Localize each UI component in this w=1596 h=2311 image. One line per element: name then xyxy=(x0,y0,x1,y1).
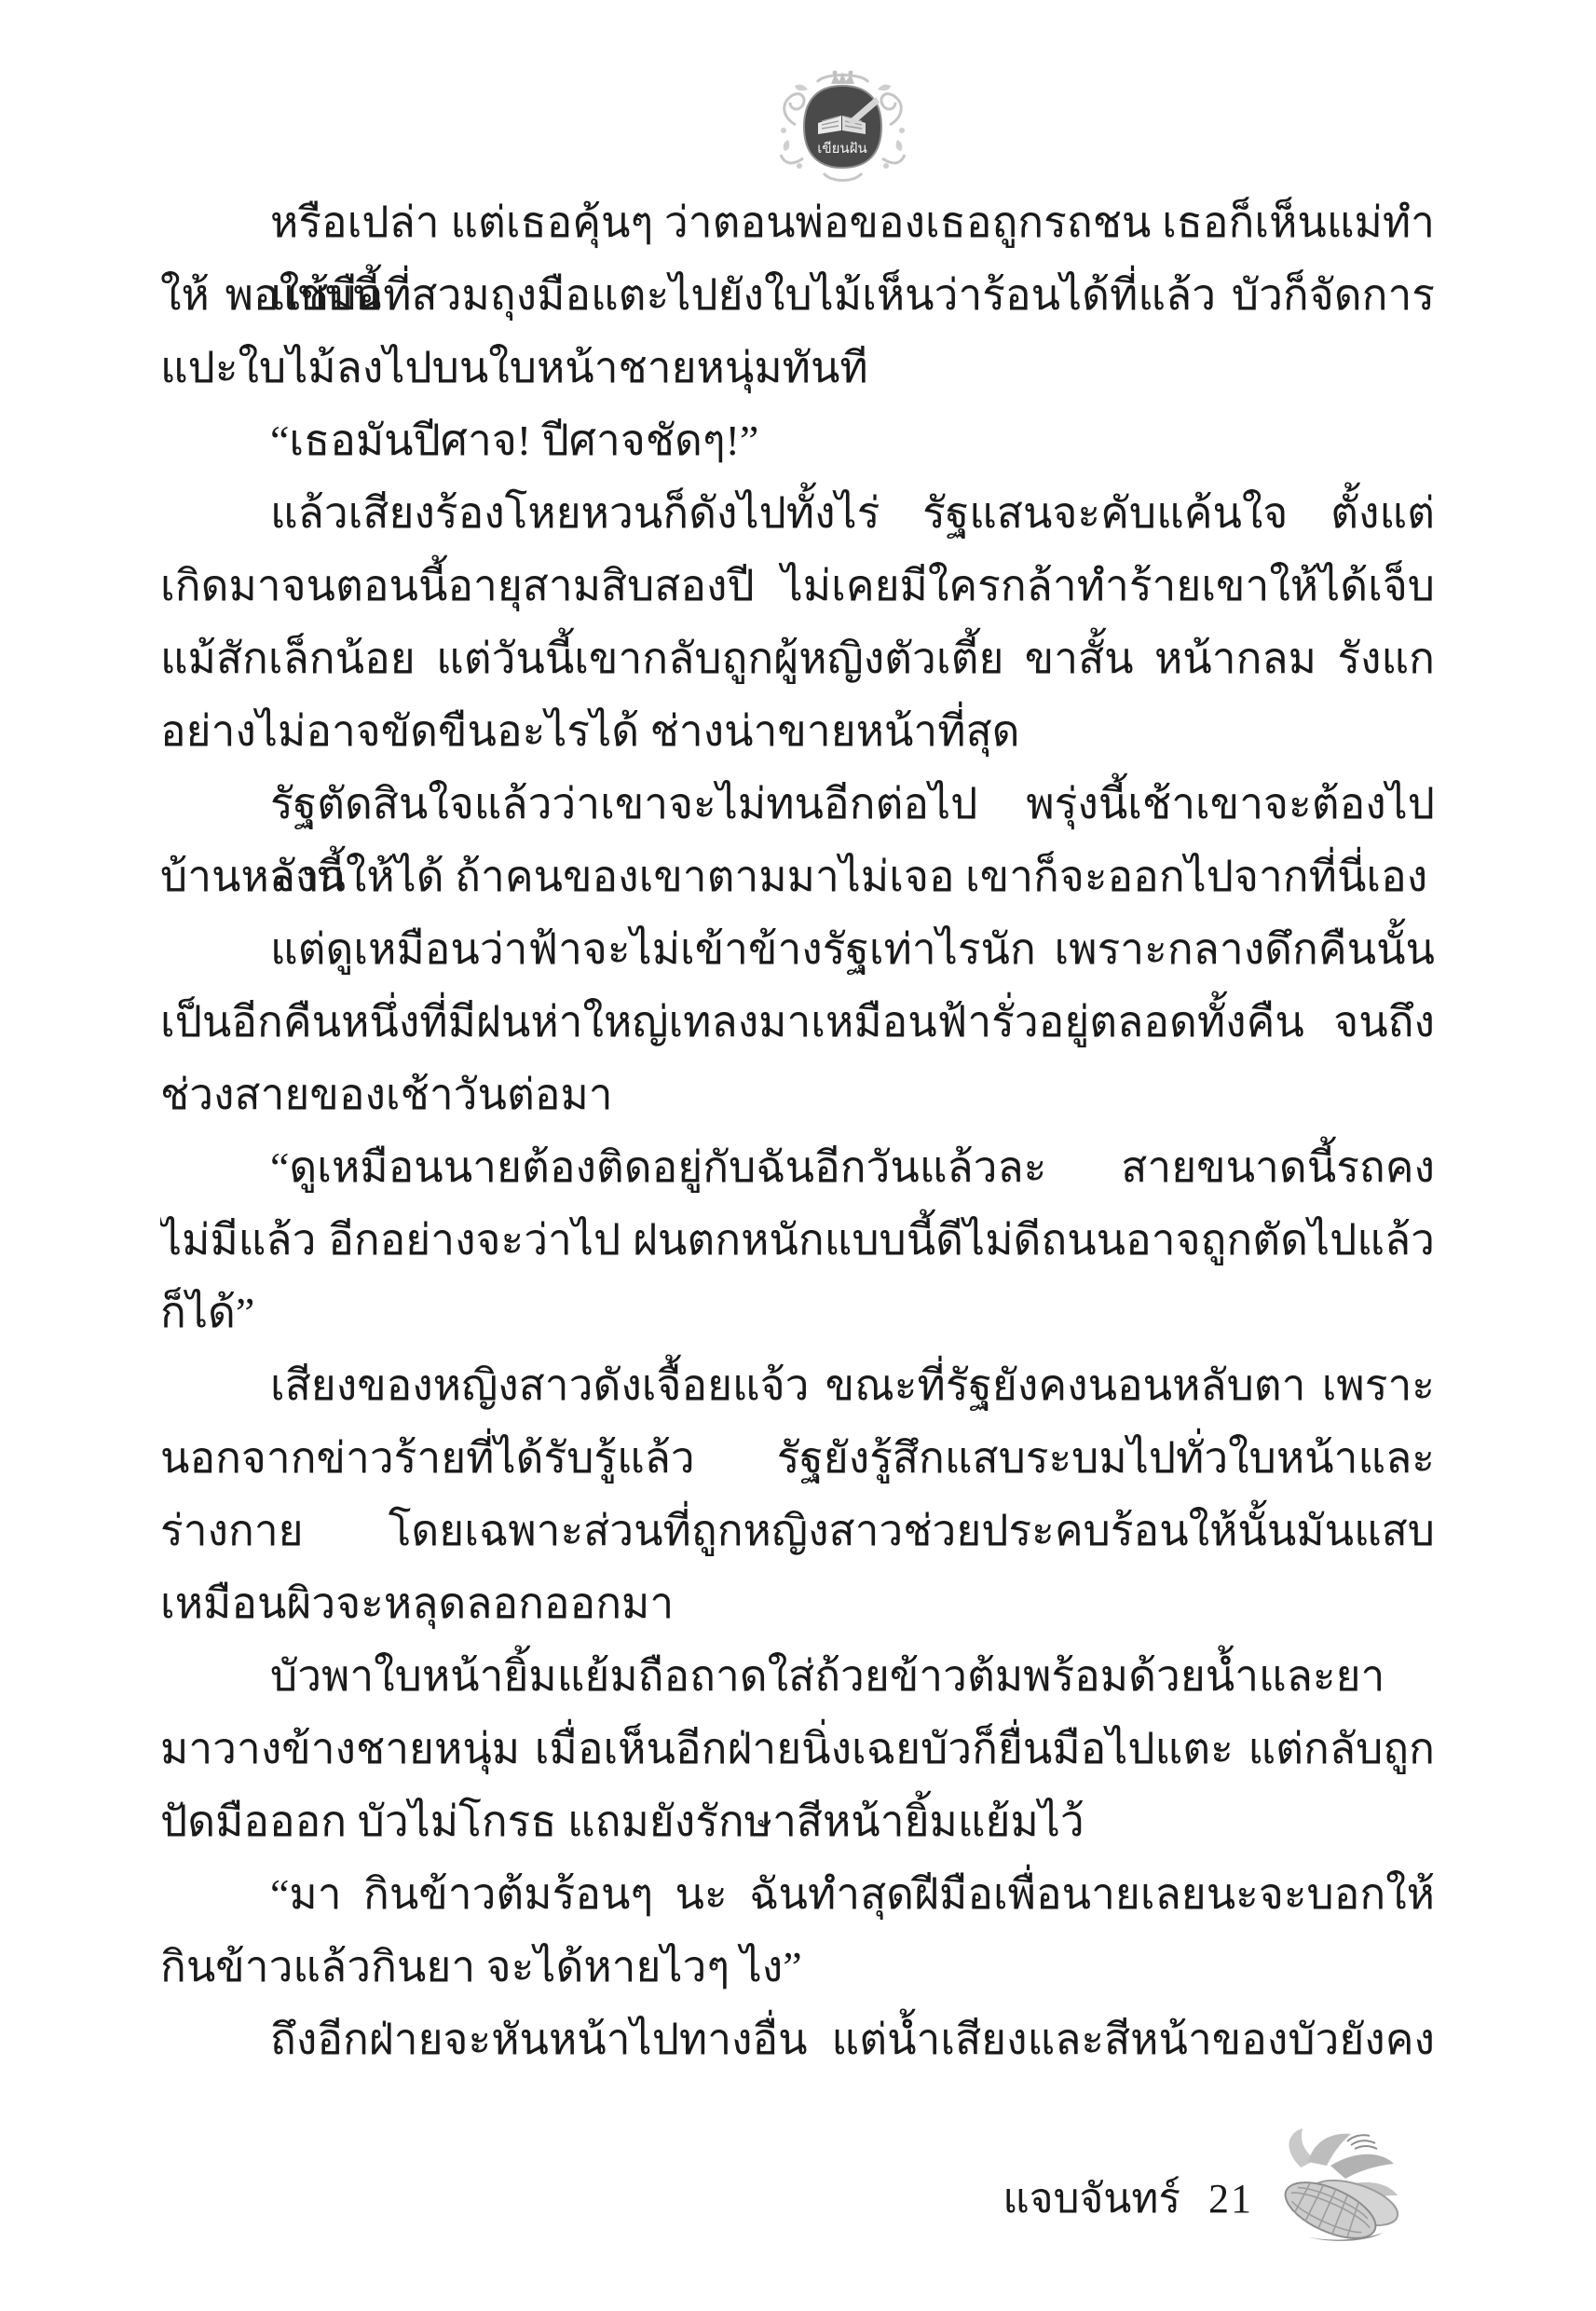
text-line: นอกจากข่าวร้ายที่ได้รับรู้แล้ว รัฐยังรู้… xyxy=(160,1422,1435,1495)
text-line: “เธอมันปีศาจ! ปีศาจชัดๆ!” xyxy=(160,404,1435,477)
text-line: กินข้าวแล้วกินยา จะได้หายไวๆ ไง” xyxy=(160,1931,1435,2003)
text-line: มาวางข้างชายหนุ่ม เมื่อเห็นอีกฝ่ายนิ่งเฉ… xyxy=(160,1713,1435,1785)
text-line: เป็นอีกคืนหนึ่งที่มีฝนห่าใหญ่เทลงมาเหมือ… xyxy=(160,986,1435,1059)
text-line: แม้สักเล็กน้อย แต่วันนี้เขากลับถูกผู้หญิ… xyxy=(160,622,1435,695)
text-line: ปัดมือออก บัวไม่โกรธ แถมยังรักษาสีหน้ายิ… xyxy=(160,1785,1435,1858)
text-line: บ้านหลังนี้ให้ได้ ถ้าคนของเขาตามมาไม่เจอ… xyxy=(160,841,1435,913)
publisher-logo: เขียนฝัน xyxy=(775,69,910,186)
page-number: 21 xyxy=(1208,2176,1253,2222)
publisher-emblem-icon: เขียนฝัน xyxy=(775,69,910,186)
publisher-name: เขียนฝัน xyxy=(817,141,866,157)
text-line: ให้ พอใช้มือที่สวมถุงมือแตะไปยังใบไม้เห็… xyxy=(160,259,1435,332)
text-line: “มา กินข้าวต้มร้อนๆ นะ ฉันทำสุดฝีมือเพื่… xyxy=(160,1858,1435,1931)
text-line: แต่ดูเหมือนว่าฟ้าจะไม่เข้าข้างรัฐเท่าไรน… xyxy=(160,913,1435,986)
text-line: ถึงอีกฝ่ายจะหันหน้าไปทางอื่น แต่น้ำเสียง… xyxy=(160,2003,1435,2076)
corn-illustration-icon xyxy=(1265,2125,1407,2248)
text-line: ช่วงสายของเช้าวันต่อมา xyxy=(160,1059,1435,1131)
text-line: เหมือนผิวจะหลุดลอกออกมา xyxy=(160,1567,1435,1640)
text-line: เสียงของหญิงสาวดังเจื้อยแจ้ว ขณะที่รัฐยั… xyxy=(160,1349,1435,1422)
text-line: เกิดมาจนตอนนี้อายุสามสิบสองปี ไม่เคยมีใค… xyxy=(160,550,1435,622)
text-line: ก็ได้” xyxy=(160,1277,1435,1349)
book-title: แจบจันทร์ xyxy=(1003,2176,1180,2222)
page-footer: แจบจันทร์21 xyxy=(0,2162,1596,2264)
running-footer: แจบจันทร์21 xyxy=(1003,2171,1253,2227)
text-line: รัฐตัดสินใจแล้วว่าเขาจะไม่ทนอีกต่อไป พรุ… xyxy=(160,768,1435,841)
book-page: เขียนฝัน หรือเปล่า แต่เธอคุ้นๆ ว่าตอนพ่อ… xyxy=(0,0,1596,2311)
text-line: ไม่มีแล้ว อีกอย่างจะว่าไป ฝนตกหนักแบบนี้… xyxy=(160,1204,1435,1277)
text-line: ร่างกาย โดยเฉพาะส่วนที่ถูกหญิงสาวช่วยประ… xyxy=(160,1495,1435,1567)
text-line: บัวพาใบหน้ายิ้มแย้มถือถาดใส่ถ้วยข้าวต้มพ… xyxy=(160,1640,1435,1713)
text-line: อย่างไม่อาจขัดขืนอะไรได้ ช่างน่าขายหน้าท… xyxy=(160,695,1435,768)
body-text: หรือเปล่า แต่เธอคุ้นๆ ว่าตอนพ่อของเธอถูก… xyxy=(160,186,1435,2087)
text-line: หรือเปล่า แต่เธอคุ้นๆ ว่าตอนพ่อของเธอถูก… xyxy=(160,186,1435,259)
text-line: แปะใบไม้ลงไปบนใบหน้าชายหนุ่มทันที xyxy=(160,332,1435,404)
text-line: “ดูเหมือนนายต้องติดอยู่กับฉันอีกวันแล้วล… xyxy=(160,1131,1435,1204)
text-line: แล้วเสียงร้องโหยหวนก็ดังไปทั้งไร่ รัฐแสน… xyxy=(160,477,1435,550)
